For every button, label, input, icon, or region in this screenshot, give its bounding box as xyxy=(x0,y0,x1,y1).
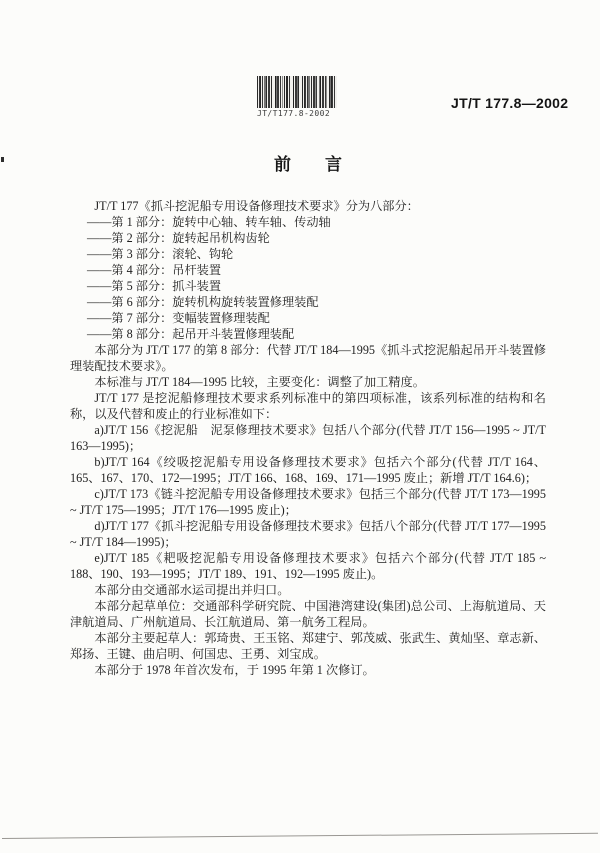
paragraph: ——第 3 部分：滚轮、钩轮 xyxy=(70,246,546,262)
scanned-page: JT/T177.8-2002 JT/T 177.8—2002 前 言 JT/T … xyxy=(0,0,600,853)
paragraph: ——第 8 部分：起吊开斗装置修理装配 xyxy=(70,326,546,342)
paragraph: d)JT/T 177《抓斗挖泥船专用设备修理技术要求》包括八个部分(代替 JT/… xyxy=(70,518,546,550)
scan-speck xyxy=(1,157,4,162)
barcode: JT/T177.8-2002 xyxy=(257,76,341,118)
paragraph: b)JT/T 164《绞吸挖泥船专用设备修理技术要求》包括六个部分(代替 JT/… xyxy=(70,454,546,486)
paragraph: 本部分于 1978 年首次发布，于 1995 年第 1 次修订。 xyxy=(70,662,546,678)
paragraph: 本部分起草单位：交通部科学研究院、中国港湾建设(集团)总公司、上海航道局、天津航… xyxy=(70,598,546,630)
paragraph: 本部分由交通部水运司提出并归口。 xyxy=(70,582,546,598)
paragraph: 本部分主要起草人：郭琦贵、王玉铭、郑建宁、郭茂威、张武生、黄灿坚、章志新、郑扬、… xyxy=(70,630,546,662)
paragraph: ——第 4 部分：吊杆装置 xyxy=(70,262,546,278)
paragraph: 本部分为 JT/T 177 的第 8 部分：代替 JT/T 184—1995《抓… xyxy=(70,342,546,374)
paragraph: ——第 1 部分：旋转中心轴、转车轴、传动轴 xyxy=(70,214,546,230)
paragraph: c)JT/T 173《链斗挖泥船专用设备修理技术要求》包括三个部分(代替 JT/… xyxy=(70,486,546,518)
paragraph: e)JT/T 185《耙吸挖泥船专用设备修理技术要求》包括六个部分(代替 JT/… xyxy=(70,550,546,582)
barcode-caption: JT/T177.8-2002 xyxy=(257,109,341,118)
paragraph: ——第 5 部分：抓斗装置 xyxy=(70,278,546,294)
page-title: 前 言 xyxy=(70,152,546,178)
paragraph: ——第 7 部分：变幅装置修理装配 xyxy=(70,310,546,326)
barcode-icon xyxy=(257,76,337,108)
paragraph: ——第 6 部分：旋转机构旋转装置修理装配 xyxy=(70,294,546,310)
paragraphs: JT/T 177《抓斗挖泥船专用设备修理技术要求》分为八部分：——第 1 部分：… xyxy=(70,198,546,678)
document-body: 前 言 JT/T 177《抓斗挖泥船专用设备修理技术要求》分为八部分：——第 1… xyxy=(70,152,546,678)
doc-number: JT/T 177.8—2002 xyxy=(451,95,568,111)
paragraph: a)JT/T 156《挖泥船 泥泵修理技术要求》包括八个部分(代替 JT/T 1… xyxy=(70,422,546,454)
paragraph: JT/T 177《抓斗挖泥船专用设备修理技术要求》分为八部分： xyxy=(70,198,546,214)
paragraph: ——第 2 部分：旋转起吊机构齿轮 xyxy=(70,230,546,246)
scan-edge-line xyxy=(2,833,598,839)
paragraph: 本标准与 JT/T 184—1995 比较，主要变化：调整了加工精度。 xyxy=(70,374,546,390)
paragraph: JT/T 177 是挖泥船修理技术要求系列标准中的第四项标准，该系列标准的结构和… xyxy=(70,390,546,422)
